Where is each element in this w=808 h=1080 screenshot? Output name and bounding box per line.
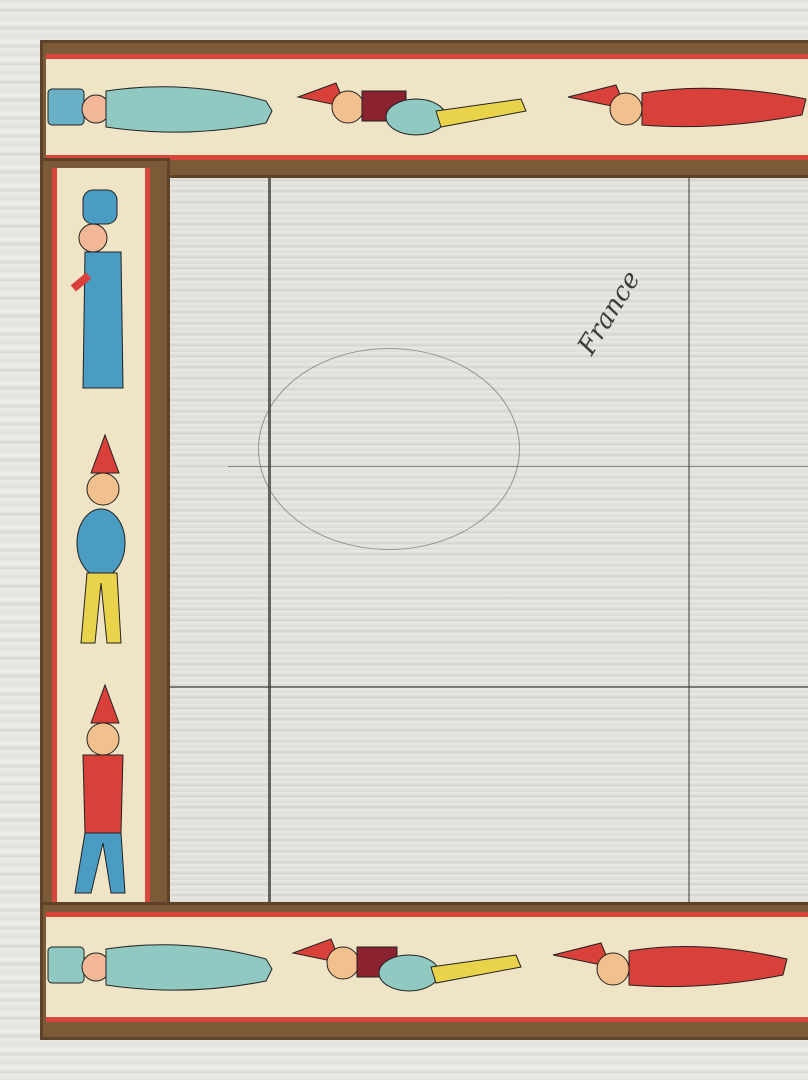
gnome-figure-icon: [71, 433, 131, 653]
gnome-figure-icon: [566, 75, 808, 139]
top-illustrated-strip: [46, 54, 808, 160]
policeman-figure-icon: [71, 188, 131, 408]
policeman-figure-icon: [46, 79, 276, 139]
frame-bottom-bar: [40, 902, 808, 1040]
bottom-illustrated-strip: [46, 912, 808, 1022]
frame-left-bar: [40, 158, 170, 928]
gnome-figure-icon: [291, 933, 531, 997]
gnome-figure-icon: [71, 683, 131, 903]
picture-frame: [40, 40, 808, 1040]
policeman-figure-icon: [46, 935, 276, 999]
gnome-figure-icon: [296, 77, 536, 141]
left-illustrated-strip: [52, 168, 150, 908]
gnome-figure-icon: [551, 933, 801, 997]
